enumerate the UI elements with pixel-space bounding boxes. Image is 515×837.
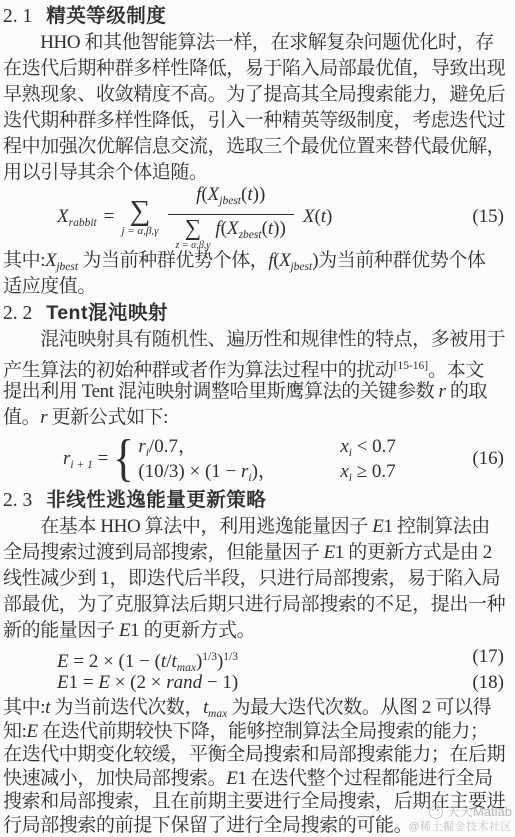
paragraph-energy-factor: 在基本 HHO 算法中，利用逃逸能量因子 E1 控制算法由全局搜索过渡到局部搜索… xyxy=(3,514,512,644)
text-line: 混沌映射具有随机性、遍历性和规律性的特点，多被用于 xyxy=(3,327,512,353)
denominator-expression: f(Xzbest(t)) xyxy=(215,218,285,241)
text-line: 全局搜索过渡到局部搜索，但能量因子 E1 的更新方式是由 2 xyxy=(3,540,512,566)
section-number: 2. 2 xyxy=(3,303,32,324)
text-line: HHO 和其他智能算法一样，在求解复杂问题优化时，存 xyxy=(3,30,512,56)
case-expression: (10/3) × (1 − ri)， xyxy=(138,459,340,484)
text-line: 值。r 更新公式如下: xyxy=(3,405,512,431)
text-line: 产生算法的初始种群或者作为算法过程中的扰动[15-16]。本文 xyxy=(3,353,512,379)
eq17-expression: E = 2 × (1 − (t/tmax)1/3)1/3 xyxy=(57,651,238,672)
text-line: 在迭代后期种群多样性降低，易于陷入局部最优值，导致出现 xyxy=(3,56,512,82)
paragraph-tent-map: 混沌映射具有随机性、遍历性和规律性的特点，多被用于产生算法的初始种群或者作为算法… xyxy=(3,327,512,431)
section-title: 精英等级制度 xyxy=(46,5,166,27)
text-line: 在基本 HHO 算法中，利用逃逸能量因子 E1 控制算法由 xyxy=(3,514,512,540)
sum-operator: ∑ j = α,β,γ xyxy=(121,198,158,237)
fraction-denominator: ∑ z = α,β,γ f(Xzbest(t)) xyxy=(168,214,294,251)
section-heading-2-3: 2. 3非线性逃逸能量更新策略 xyxy=(3,488,512,513)
text-line: 知:E 在迭代前期较快下降，能够控制算法全局搜索的能力； xyxy=(3,720,512,744)
section-number: 2. 1 xyxy=(3,6,32,27)
fraction-numerator: f(Xjbest(t)) xyxy=(188,184,273,214)
eq16-lhs: ri + 1 = xyxy=(63,448,108,471)
equation-15-body: Xrabbit = ∑ j = α,β,γ f(Xjbest(t)) ∑ z =… xyxy=(57,184,332,251)
case-expression: ri/0.7， xyxy=(138,434,340,459)
section-title: 非线性逃逸能量更新策略 xyxy=(46,489,266,511)
text-line: 提出利用 Tent 混沌映射调整哈里斯鹰算法的关键参数 r 的取 xyxy=(3,379,512,405)
section-title: Tent混沌映射 xyxy=(46,302,168,324)
text-line: 在迭代中期变化较缓，平衡全局搜索和局部搜索能力；在后期 xyxy=(3,743,512,767)
text-line: 其中:t 为当前迭代次数，tmax 为最大迭代次数。从图 2 可以得 xyxy=(3,696,512,720)
case-row: ri/0.7， xi < 0.7 xyxy=(138,434,396,459)
text-line: 适应度值。 xyxy=(3,274,512,300)
paragraph-eq15-explanation: 其中:Xjbest 为当前种群优势个体，f(Xjbest)为当前种群优势个体适应… xyxy=(3,248,512,300)
text-line: 用以引导其余个体追随。 xyxy=(3,160,512,186)
case-condition: xi ≥ 0.7 xyxy=(340,459,395,484)
watermark-avatar-icon xyxy=(429,805,443,819)
curly-brace: { xyxy=(113,434,134,484)
text-line: 新的能量因子 E1 的更新方式。 xyxy=(3,618,512,644)
eq15-lhs: Xrabbit xyxy=(57,206,97,229)
eq15-tail: X(t) xyxy=(303,206,333,228)
watermark-name: 天天Matlab xyxy=(447,804,512,819)
equation-number: (15) xyxy=(472,206,504,228)
fraction: f(Xjbest(t)) ∑ z = α,β,γ f(Xzbest(t)) xyxy=(168,184,294,251)
eq18-expression: E1 = E × (2 × rand − 1) xyxy=(57,672,238,693)
text-line: 早熟现象、收敛精度不高。为了提高其全局搜索能力，避免后 xyxy=(3,82,512,108)
text-line: 线性减少到 1，即迭代后半段，只进行局部搜索，易于陷入局 xyxy=(3,566,512,592)
case-condition: xi < 0.7 xyxy=(340,434,396,459)
text-line: 部最优，为了克服算法后期只进行局部搜索的不足，提出一种 xyxy=(3,592,512,618)
watermark-tagline: @稀土掘金技术社区 xyxy=(408,820,512,834)
piecewise-cases: ri/0.7， xi < 0.7 (10/3) × (1 − ri)， xi ≥… xyxy=(138,434,396,484)
equation-16: ri + 1 = { ri/0.7， xi < 0.7 (10/3) × (1 … xyxy=(3,431,512,487)
sum-operator: ∑ z = α,β,γ xyxy=(176,218,211,251)
watermark-row: 天天Matlab xyxy=(408,804,512,819)
equation-number: (17) xyxy=(472,644,504,670)
section-heading-2-2: 2. 2Tent混沌映射 xyxy=(3,301,512,326)
equation-17: E = 2 × (1 − (t/tmax)1/3)1/3 (17) xyxy=(3,644,512,670)
paragraph-elite-hierarchy: HHO 和其他智能算法一样，在求解复杂问题优化时，存在迭代后期种群多样性降低，易… xyxy=(3,30,512,186)
equation-18: E1 = E × (2 × rand − 1) (18) xyxy=(3,670,512,696)
case-row: (10/3) × (1 − ri)， xi ≥ 0.7 xyxy=(138,459,396,484)
text-line: 程中加强次优解信息交流，选取三个最优位置来替代最优解， xyxy=(3,134,512,160)
equation-15: Xrabbit = ∑ j = α,β,γ f(Xjbest(t)) ∑ z =… xyxy=(3,186,512,248)
section-number: 2. 3 xyxy=(3,490,32,511)
text-line: 迭代期种群多样性降低，引入一种精英等级制度，考虑迭代过 xyxy=(3,108,512,134)
text-line: 其中:Xjbest 为当前种群优势个体，f(Xjbest)为当前种群优势个体 xyxy=(3,248,512,274)
equation-number: (18) xyxy=(472,670,504,696)
section-heading-2-1: 2. 1精英等级制度 xyxy=(3,4,512,29)
paper-page: 2. 1精英等级制度 HHO 和其他智能算法一样，在求解复杂问题优化时，存在迭代… xyxy=(0,0,515,837)
equation-number: (16) xyxy=(472,448,504,470)
text-line: 快速减小，加快局部搜索。E1 在迭代整个过程都能进行全局 xyxy=(3,767,512,791)
watermark: 天天Matlab @稀土掘金技术社区 xyxy=(408,804,512,834)
eq15-equals: = xyxy=(104,206,115,228)
